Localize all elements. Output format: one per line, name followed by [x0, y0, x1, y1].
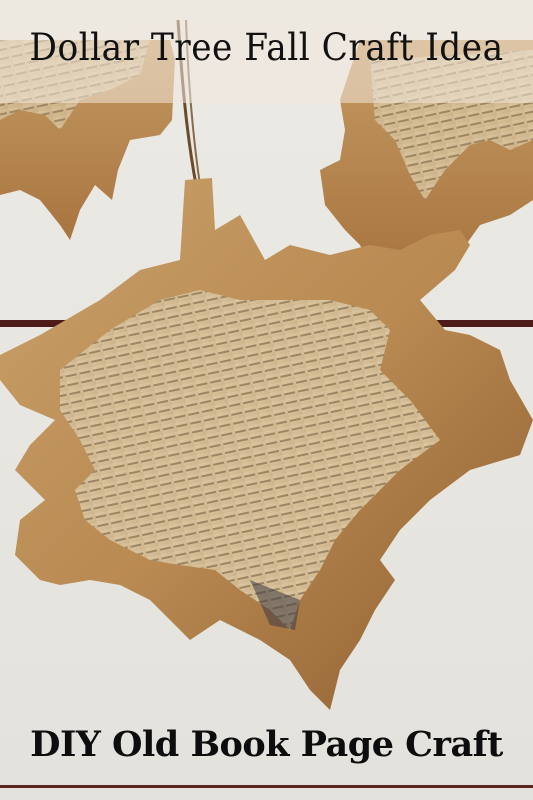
main-maple-leaf	[0, 178, 533, 710]
bottom-title-text: DIY Old Book Page Craft	[0, 724, 533, 765]
photo-canvas: Dollar Tree Fall Craft Idea DIY Old Book…	[0, 0, 533, 800]
top-title-text: Dollar Tree Fall Craft Idea	[19, 26, 515, 69]
leaf-illustration	[0, 0, 533, 800]
